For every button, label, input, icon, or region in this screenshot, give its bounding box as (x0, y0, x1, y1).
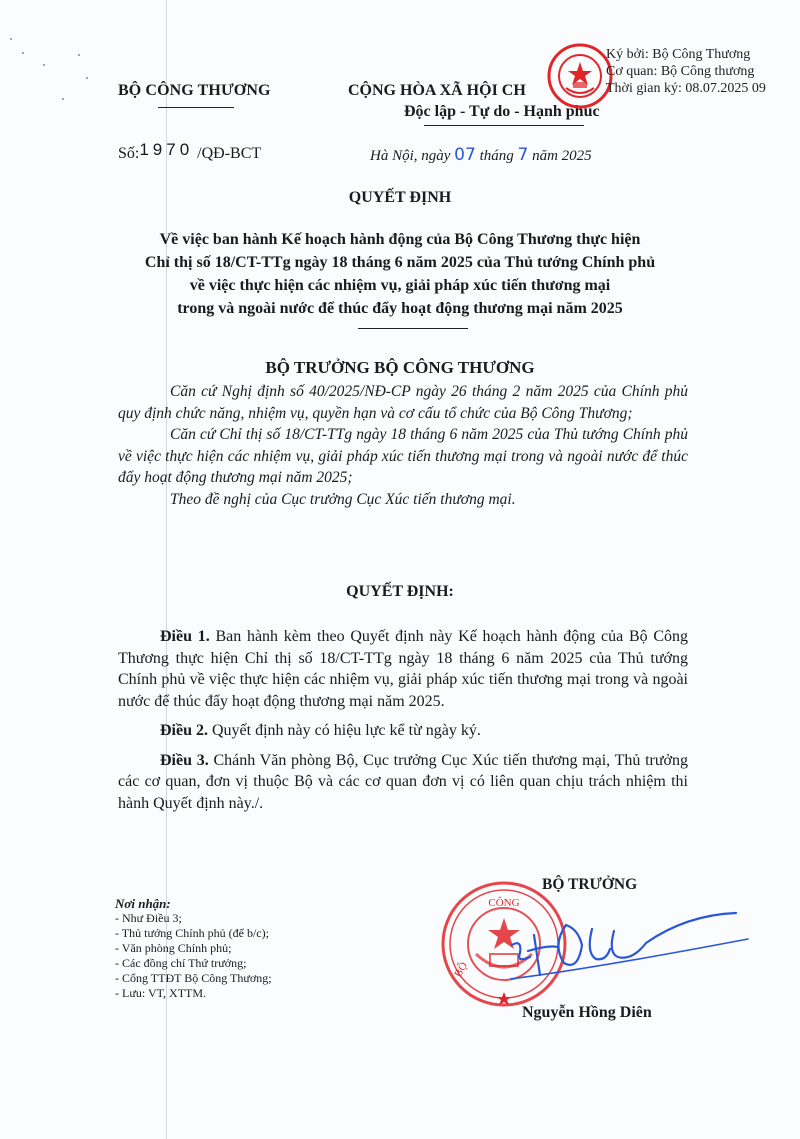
document-number: Số:1970 /QĐ-BCT (118, 143, 261, 163)
scan-speck (86, 77, 88, 79)
issue-date: Hà Nội, ngày 07 tháng 7 năm 2025 (370, 145, 592, 165)
document-number-label: Số: (118, 145, 139, 162)
recipient-item: - Thủ tướng Chính phủ (để b/c); (115, 926, 272, 941)
article-text: Quyết định này có hiệu lực kể từ ngày ký… (208, 722, 481, 739)
motto-underline (424, 125, 584, 126)
recipient-item: - Như Điều 3; (115, 911, 272, 926)
articles: Điều 1. Ban hành kèm theo Quyết định này… (118, 626, 688, 822)
national-title: CỘNG HÒA XÃ HỘI CH (348, 82, 526, 100)
scan-speck (22, 52, 24, 54)
recipients-heading: Nơi nhận: (115, 896, 272, 911)
document-subject: Về việc ban hành Kế hoạch hành động của … (0, 228, 800, 320)
legal-basis-item: Theo đề nghị của Cục trưởng Cục Xúc tiến… (118, 489, 688, 511)
scan-speck (10, 38, 12, 40)
recipient-item: - Cổng TTĐT Bộ Công Thương; (115, 971, 272, 986)
subject-line: Về việc ban hành Kế hoạch hành động của … (0, 228, 800, 251)
scan-speck (62, 98, 64, 100)
month-label: tháng (476, 148, 518, 164)
digital-signature-info: Ký bởi: Bộ Công Thương Cơ quan: Bộ Công … (606, 46, 766, 97)
subject-underline (358, 328, 468, 329)
organization-underline (158, 107, 234, 108)
signing-agency: Cơ quan: Bộ Công thương (606, 63, 766, 80)
signer-name: Nguyễn Hồng Diên (522, 1004, 652, 1022)
issuing-organization: BỘ CÔNG THƯƠNG (118, 82, 271, 100)
handwritten-signature-icon (510, 905, 750, 1000)
scan-speck (43, 64, 45, 66)
article-2: Điều 2. Quyết định này có hiệu lực kể từ… (118, 720, 688, 742)
svg-text:BỘ: BỘ (452, 960, 470, 979)
subject-line: trong và ngoài nước để thúc đẩy hoạt độn… (0, 297, 800, 320)
legal-basis: Căn cứ Nghị định số 40/2025/NĐ-CP ngày 2… (118, 381, 688, 510)
document-number-suffix: /QĐ-BCT (197, 145, 261, 162)
document-number-value: 1970 (139, 140, 193, 159)
signed-by: Ký bởi: Bộ Công Thương (606, 46, 766, 63)
scan-speck (78, 54, 80, 56)
subject-line: về việc thực hiện các nhiệm vụ, giải phá… (0, 274, 800, 297)
article-3: Điều 3. Chánh Văn phòng Bộ, Cục trưởng C… (118, 750, 688, 815)
article-label: Điều 3. (160, 752, 209, 769)
recipient-item: - Văn phòng Chính phủ; (115, 941, 272, 956)
date-prefix: Hà Nội, ngày (370, 148, 454, 164)
year-label: năm 2025 (528, 148, 591, 164)
handwritten-day: 07 (454, 145, 476, 165)
decision-heading: QUYẾT ĐỊNH: (0, 583, 800, 601)
signing-time: Thời gian ký: 08.07.2025 09 (606, 80, 766, 97)
article-label: Điều 1. (160, 628, 210, 645)
legal-basis-item: Căn cứ Chỉ thị số 18/CT-TTg ngày 18 thán… (118, 424, 688, 489)
legal-basis-item: Căn cứ Nghị định số 40/2025/NĐ-CP ngày 2… (118, 381, 688, 424)
document-title: QUYẾT ĐỊNH (0, 189, 800, 207)
article-1: Điều 1. Ban hành kèm theo Quyết định này… (118, 626, 688, 712)
recipient-item: - Các đồng chí Thứ trưởng; (115, 956, 272, 971)
recipient-item: - Lưu: VT, XTTM. (115, 986, 272, 1001)
issuer-title: BỘ TRƯỞNG BỘ CÔNG THƯƠNG (0, 358, 800, 378)
digital-signature-seal-icon (546, 42, 614, 115)
subject-line: Chỉ thị số 18/CT-TTg ngày 18 tháng 6 năm… (0, 251, 800, 274)
recipients-list: Nơi nhận: - Như Điều 3; - Thủ tướng Chín… (115, 896, 272, 1001)
signer-role: BỘ TRƯỞNG (542, 876, 637, 894)
handwritten-month: 7 (517, 145, 528, 165)
article-label: Điều 2. (160, 722, 208, 739)
